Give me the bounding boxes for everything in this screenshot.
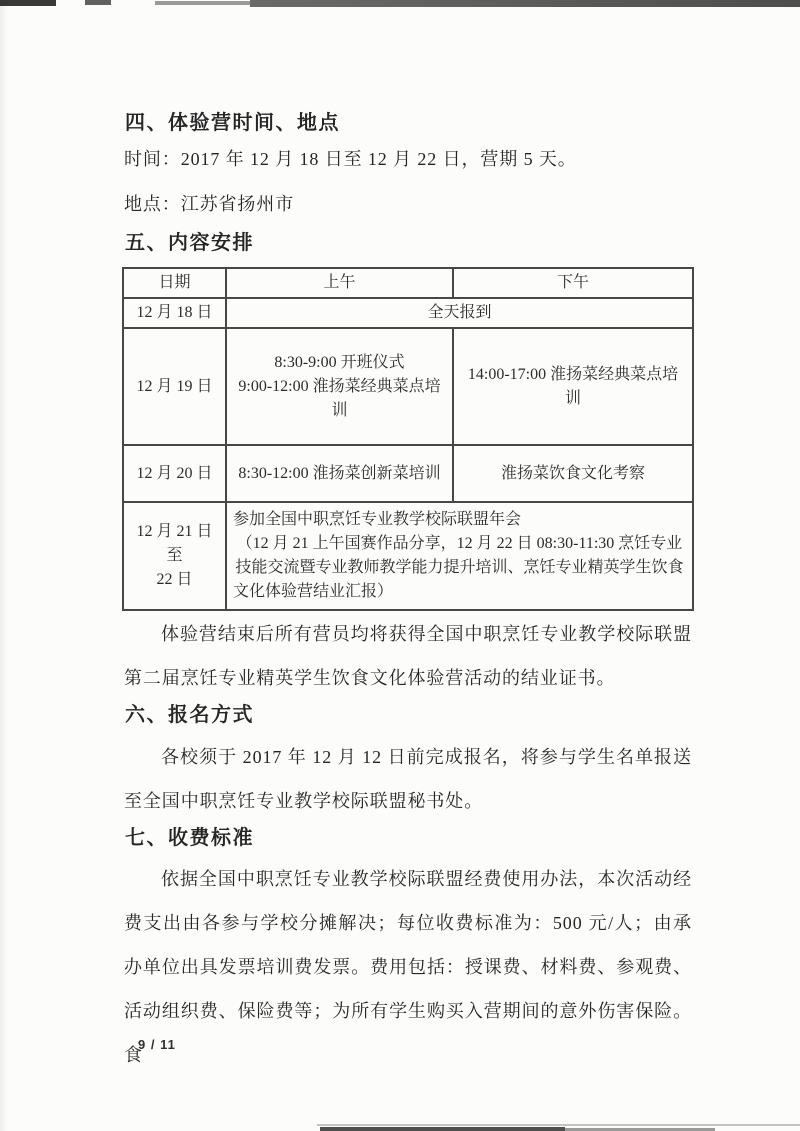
scan-artifact-top-strip-light	[155, 1, 255, 5]
schedule-allday-cell: 全天报到	[226, 298, 693, 328]
certificate-paragraph: 体验营结束后所有营员均将获得全国中职烹饪专业教学校际联盟第二届烹饪专业精英学生饮…	[124, 612, 692, 700]
section6-heading: 六、报名方式	[125, 703, 254, 727]
scan-edge-shadow	[0, 0, 8, 1131]
scan-artifact-bottom-dark	[320, 1127, 565, 1131]
scan-artifact-top-strip-dark	[250, 0, 800, 7]
schedule-date-cell: 12 月 21 日至 22 日	[123, 502, 226, 610]
schedule-table: 日期 上午 下午 12 月 18 日 全天报到 12 月 19 日 8:30-9…	[122, 267, 694, 611]
schedule-header-morning: 上午	[226, 268, 453, 298]
section4-heading: 四、体验营时间、地点	[125, 111, 340, 135]
schedule-afternoon-cell: 淮扬菜饮食文化考察	[453, 445, 693, 502]
schedule-merged-cell: 参加全国中职烹饪专业教学校际联盟年会 （12 月 21 上午国赛作品分享，12 …	[226, 502, 693, 610]
page-number: 9 / 11	[138, 1037, 176, 1052]
schedule-header-row: 日期 上午 下午	[123, 268, 693, 298]
section6-paragraph: 各校须于 2017 年 12 月 12 日前完成报名，将参与学生名单报送至全国中…	[124, 735, 692, 823]
schedule-header-date: 日期	[123, 268, 226, 298]
scan-artifact-top-left	[0, 0, 56, 6]
section7-heading: 七、收费标准	[125, 826, 254, 850]
document-page: 四、体验营时间、地点 时间：2017 年 12 月 18 日至 12 月 22 …	[0, 0, 800, 1131]
schedule-afternoon-cell: 14:00-17:00 淮扬菜经典菜点培训	[453, 328, 693, 445]
scan-artifact-top-smudge	[85, 0, 111, 5]
schedule-header-afternoon: 下午	[453, 268, 693, 298]
schedule-date-cell: 12 月 18 日	[123, 298, 226, 328]
section4-location-line: 地点：江苏省扬州市	[124, 192, 294, 216]
section7-paragraph: 依据全国中职烹饪专业教学校际联盟经费使用办法，本次活动经费支出由各参与学校分摊解…	[124, 857, 692, 1077]
scan-artifact-bottom-line	[317, 1124, 800, 1126]
section5-heading: 五、内容安排	[125, 231, 254, 255]
schedule-date-cell: 12 月 20 日	[123, 445, 226, 502]
schedule-morning-cell: 8:30-9:00 开班仪式 9:00-12:00 淮扬菜经典菜点培训	[226, 328, 453, 445]
schedule-row-dec18: 12 月 18 日 全天报到	[123, 298, 693, 328]
schedule-row-dec20: 12 月 20 日 8:30-12:00 淮扬菜创新菜培训 淮扬菜饮食文化考察	[123, 445, 693, 502]
schedule-row-dec19: 12 月 19 日 8:30-9:00 开班仪式 9:00-12:00 淮扬菜经…	[123, 328, 693, 445]
schedule-morning-cell: 8:30-12:00 淮扬菜创新菜培训	[226, 445, 453, 502]
schedule-row-dec21-22: 12 月 21 日至 22 日 参加全国中职烹饪专业教学校际联盟年会 （12 月…	[123, 502, 693, 610]
schedule-date-cell: 12 月 19 日	[123, 328, 226, 445]
section4-time-line: 时间：2017 年 12 月 18 日至 12 月 22 日，营期 5 天。	[124, 147, 577, 171]
